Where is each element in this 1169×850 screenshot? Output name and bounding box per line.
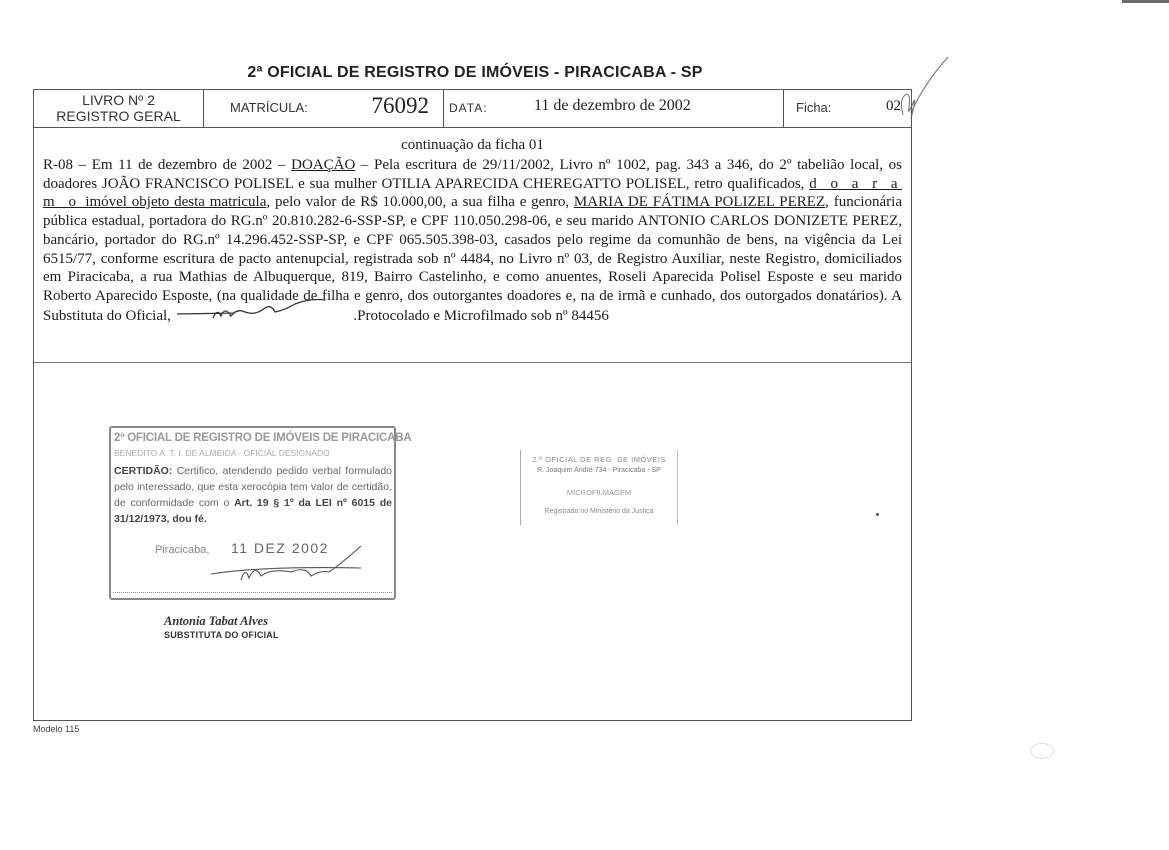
stamp-signature bbox=[211, 546, 371, 586]
livro-cell: LIVRO Nº 2 REGISTRO GERAL bbox=[34, 90, 204, 127]
matricula-value: 76092 bbox=[372, 93, 430, 119]
signatory-role: SUBSTITUTA DO OFICIAL bbox=[164, 630, 279, 640]
entry-donee: MARIA DE FÁTIMA POLIZEL PEREZ bbox=[574, 194, 825, 210]
date-label: DATA: bbox=[449, 101, 488, 115]
stamp-certification-text: CERTIDÃO: Certifico, atendendo pedido ve… bbox=[114, 463, 392, 527]
microfilm-office: 2.º OFICIAL DE REG. DE IMÓVEIS bbox=[521, 455, 677, 464]
matricula-cell: MATRÍCULA: 76092 bbox=[204, 90, 444, 127]
livro-type: REGISTRO GERAL bbox=[34, 108, 203, 124]
date-cell: DATA: 11 de dezembro de 2002 bbox=[444, 90, 784, 127]
microfilm-stamp: 2.º OFICIAL DE REG. DE IMÓVEIS R. Joaqui… bbox=[520, 450, 678, 525]
stamp-dotted-line bbox=[113, 592, 392, 593]
microfilm-address: R. Joaquim André 734 - Piracicaba - SP bbox=[521, 467, 677, 474]
scan-edge-mark bbox=[1122, 0, 1169, 3]
stamp-place: Piracicaba, bbox=[155, 544, 209, 556]
scan-stamp-mark bbox=[1030, 743, 1054, 759]
entry-text: R-08 – Em 11 de dezembro de 2002 – bbox=[43, 157, 291, 173]
entry-separator bbox=[34, 362, 911, 363]
matricula-label: MATRÍCULA: bbox=[230, 100, 308, 115]
scan-speck bbox=[876, 513, 879, 516]
entry-protocol: .Protocolado e Microfilmado sob nº 84456 bbox=[350, 308, 609, 324]
form-model-number: Modelo 115 bbox=[33, 724, 79, 734]
stamp-office-title: 2º OFICIAL DE REGISTRO DE IMÓVEIS DE PIR… bbox=[114, 432, 411, 444]
entry-text: , funcionária pública estadual, portador… bbox=[43, 194, 902, 323]
registry-entry: R-08 – Em 11 de dezembro de 2002 – DOAÇÃ… bbox=[43, 156, 902, 325]
stamp-officer: BENEDITO A. T. I. DE ALMEIDA - OFICIAL D… bbox=[114, 448, 330, 458]
registry-sheet: LIVRO Nº 2 REGISTRO GERAL MATRÍCULA: 760… bbox=[33, 89, 912, 721]
date-value: 11 de dezembro de 2002 bbox=[534, 97, 691, 115]
office-title: 2ª OFICIAL DE REGISTRO DE IMÓVEIS - PIRA… bbox=[0, 64, 950, 82]
substitute-signature bbox=[175, 306, 350, 320]
continuation-note: continuação da ficha 01 bbox=[34, 137, 911, 154]
microfilm-registration: Registrado no Ministério da Justiça bbox=[521, 508, 677, 515]
ficha-value: 02 bbox=[886, 98, 901, 115]
microfilm-label: MICROFILMAGEM bbox=[521, 488, 677, 497]
ficha-cell: Ficha: 02 bbox=[784, 90, 911, 127]
ficha-label: Ficha: bbox=[796, 100, 831, 115]
certification-stamp: 2º OFICIAL DE REGISTRO DE IMÓVEIS DE PIR… bbox=[109, 426, 396, 600]
entry-text: , pelo valor de R$ 10.000,00, a sua filh… bbox=[266, 194, 574, 210]
sheet-header: LIVRO Nº 2 REGISTRO GERAL MATRÍCULA: 760… bbox=[34, 90, 911, 128]
entry-object: imóvel objeto desta matricula bbox=[81, 194, 267, 210]
cert-label: CERTIDÃO: bbox=[114, 465, 172, 477]
signatory-name: Antonia Tabat Alves bbox=[164, 614, 268, 629]
entry-act-type: DOAÇÃO bbox=[291, 157, 355, 173]
livro-number: LIVRO Nº 2 bbox=[34, 92, 203, 108]
